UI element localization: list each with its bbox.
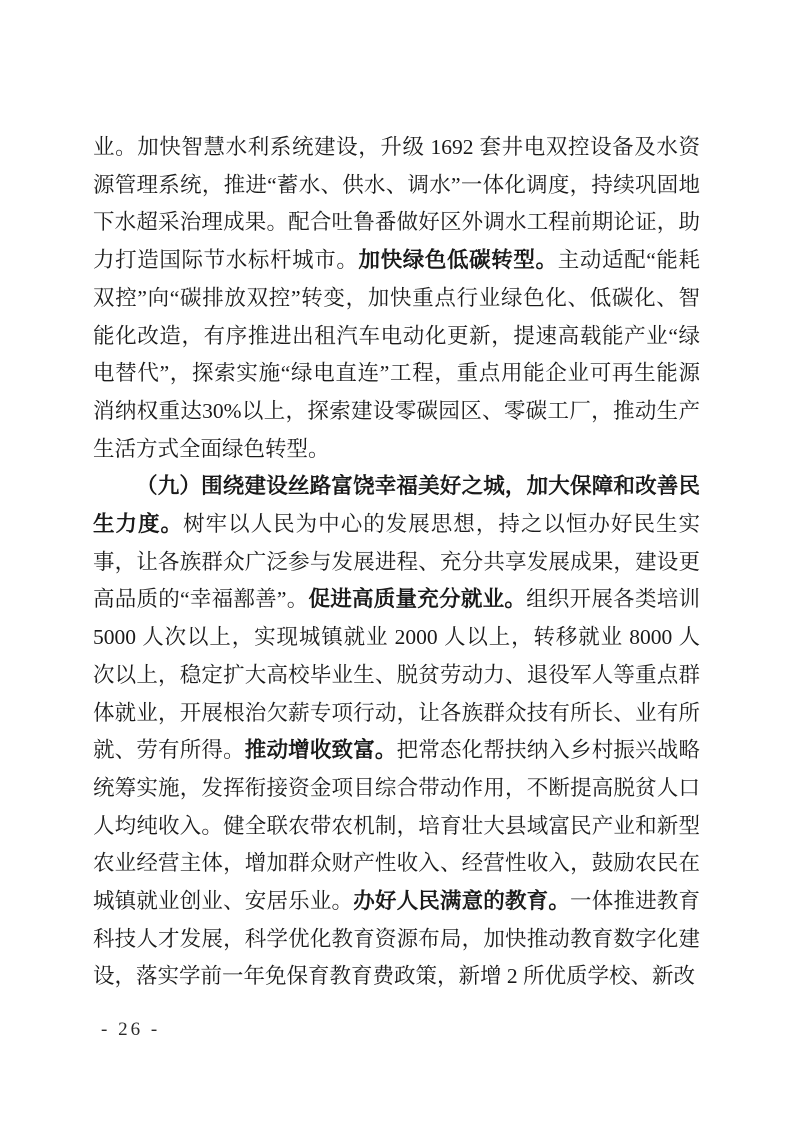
text-run: 把常态化帮扶纳入乡村振兴战略统筹实施，发挥衔接资金项目综合带动作用，不断提高脱贫… bbox=[93, 738, 700, 913]
body-text: 业。加快智慧水利系统建设，升级 1692 套井电双控设备及水资源管理系统，推进“… bbox=[93, 129, 700, 996]
text-run: 主动适配“能耗双控”向“碳排放双控”转变，加快重点行业绿色化、低碳化、智能化改造… bbox=[93, 248, 700, 461]
text-run: 组织开展各类培训 5000 人次以上，实现城镇就业 2000 人以上，转移就业 … bbox=[93, 587, 700, 762]
document-page: 业。加快智慧水利系统建设，升级 1692 套井电双控设备及水资源管理系统，推进“… bbox=[0, 0, 793, 1122]
bold-heading-satisfactory-education: 办好人民满意的教育。 bbox=[353, 889, 570, 913]
paragraph-section-nine-livelihood: （九）围绕建设丝路富饶幸福美好之城，加大保障和改善民生力度。树牢以人民为中心的发… bbox=[93, 468, 700, 996]
bold-heading-quality-employment: 促进高质量充分就业。 bbox=[308, 587, 526, 611]
bold-heading-income-growth: 推动增收致富。 bbox=[245, 738, 397, 762]
page-number: - 26 - bbox=[101, 1019, 160, 1041]
paragraph-water-and-green-transition: 业。加快智慧水利系统建设，升级 1692 套井电双控设备及水资源管理系统，推进“… bbox=[93, 129, 700, 468]
bold-heading-green-low-carbon-transition: 加快绿色低碳转型。 bbox=[359, 248, 558, 272]
